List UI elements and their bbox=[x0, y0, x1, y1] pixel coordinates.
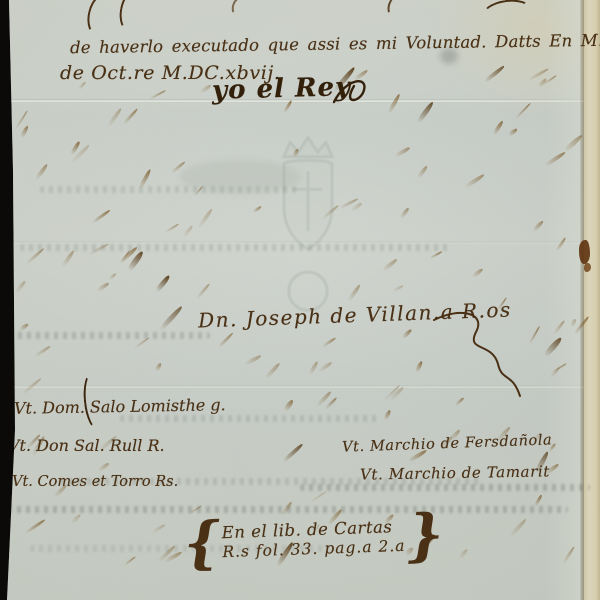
ink-bleed-stroke bbox=[429, 251, 442, 259]
ink-bleed-stroke bbox=[317, 361, 333, 372]
ink-bleed-stroke bbox=[244, 354, 262, 365]
bleedthrough-text-row bbox=[8, 506, 568, 513]
ink-bleed-stroke bbox=[106, 108, 123, 128]
watermark-seal-icon bbox=[248, 135, 368, 325]
ink-bleed-stroke bbox=[158, 305, 184, 331]
ink-bleed-stroke bbox=[322, 337, 337, 348]
cropped-stroke-fragment bbox=[229, 0, 253, 20]
ink-bleed-stroke bbox=[19, 125, 29, 138]
council-signature-left: Vt. Comes et Torro Rs. bbox=[12, 474, 178, 490]
archival-note: { En el lib. de Cartas R.s fol. 33. pag.… bbox=[181, 509, 446, 569]
ink-bleed-stroke bbox=[392, 285, 404, 293]
ink-bleed-stroke bbox=[120, 250, 130, 263]
ink-bleed-stroke bbox=[165, 223, 180, 233]
paper: de haverlo executado que assi es mi Volu… bbox=[0, 0, 600, 600]
ink-bleed-stroke bbox=[70, 140, 82, 155]
cropped-stroke-fragment bbox=[117, 0, 148, 34]
ink-bleed-stroke bbox=[86, 243, 109, 256]
bleedthrough-text-row bbox=[120, 415, 380, 422]
ink-bleed-stroke bbox=[508, 518, 528, 538]
ink-bleed-stroke bbox=[533, 494, 543, 507]
ink-bleed-stroke bbox=[163, 551, 183, 564]
ink-bleed-stroke bbox=[508, 128, 519, 137]
ink-bleed-stroke bbox=[34, 346, 52, 359]
ink-bleed-stroke bbox=[402, 328, 413, 338]
ink-bleed-stroke bbox=[25, 247, 45, 264]
ink-bleed-stroke bbox=[122, 107, 139, 125]
ink-bleed-stroke bbox=[194, 186, 205, 198]
ink-bleed-stroke bbox=[216, 332, 233, 348]
bleedthrough-text-row bbox=[0, 332, 210, 339]
ink-bleed-stroke bbox=[18, 323, 29, 332]
council-signature-right: Vt. Marchio de Fersdañola bbox=[342, 432, 553, 455]
ink-bleed-stroke bbox=[154, 275, 171, 293]
ink-bleed-stroke bbox=[416, 165, 429, 179]
ink-bleed-stroke bbox=[137, 168, 152, 189]
council-signature-left: Vt. Don Sal. Rull R. bbox=[8, 436, 165, 455]
ink-bleed-stroke bbox=[398, 207, 410, 220]
ink-bleed-stroke bbox=[70, 144, 91, 164]
ink-bleed-stroke bbox=[528, 325, 541, 345]
ink-bleed-stroke bbox=[195, 283, 210, 300]
ink-bleed-stroke bbox=[34, 163, 49, 180]
ink-bleed-stroke bbox=[14, 109, 29, 130]
ink-bleed-stroke bbox=[531, 219, 544, 232]
ink-bleed-stroke bbox=[123, 556, 136, 566]
ink-bleed-stroke bbox=[181, 225, 193, 238]
ink-bleed-stroke bbox=[383, 385, 401, 402]
ink-bleed-stroke bbox=[283, 399, 295, 412]
ink-bleed-stroke bbox=[282, 443, 304, 463]
council-signature-right: Vt. Marchio de Tamarit bbox=[360, 462, 550, 483]
ink-bleed-stroke bbox=[264, 362, 282, 380]
ink-bleed-stroke bbox=[387, 387, 404, 402]
manuscript-scan: de haverlo executado que assi es mi Volu… bbox=[0, 0, 600, 600]
ink-bleed-stroke bbox=[394, 147, 411, 158]
ink-bleed-stroke bbox=[14, 280, 27, 294]
ink-bleed-stroke bbox=[464, 173, 486, 189]
council-signature-left: Vt. Dom. Salo Lomisthe g. bbox=[14, 395, 226, 418]
ink-bleed-stroke bbox=[61, 250, 76, 268]
ink-bleed-stroke bbox=[309, 491, 327, 504]
ink-bleed-stroke bbox=[91, 209, 111, 224]
ink-bleed-stroke bbox=[154, 362, 163, 372]
ink-bleed-stroke bbox=[108, 273, 117, 281]
ink-bleed-stroke bbox=[199, 84, 212, 94]
ink-bleed-stroke bbox=[491, 120, 503, 135]
ink-bleed-stroke bbox=[21, 378, 42, 396]
ink-bleed-stroke bbox=[170, 161, 186, 174]
vertical-fold-shading bbox=[545, 0, 581, 600]
ink-bleed-stroke bbox=[315, 391, 332, 408]
central-signature-flourish bbox=[430, 306, 530, 401]
ink-bleed-stroke bbox=[387, 94, 402, 115]
page-edge-strip bbox=[584, 0, 600, 600]
archival-brace-left: { bbox=[183, 517, 221, 569]
ink-bleed-stroke bbox=[196, 208, 213, 229]
ink-bleed-stroke bbox=[151, 523, 166, 533]
ink-bleed-stroke bbox=[148, 90, 166, 100]
archival-brace-right: } bbox=[406, 509, 444, 561]
ink-bleed-stroke bbox=[126, 251, 145, 273]
ink-bleed-stroke bbox=[324, 397, 338, 410]
ink-bleed-stroke bbox=[96, 282, 110, 292]
ink-bleed-stroke bbox=[157, 545, 177, 563]
cropped-stroke-fragment bbox=[83, 0, 123, 41]
ink-bleed-stroke bbox=[471, 267, 484, 278]
ink-bleed-stroke bbox=[70, 513, 83, 524]
ink-bleed-stroke bbox=[307, 361, 319, 376]
bleedthrough-text-row bbox=[20, 244, 450, 251]
ink-bleed-stroke bbox=[133, 336, 150, 349]
ink-bleed-stroke bbox=[414, 361, 423, 373]
ink-bleed-stroke bbox=[457, 548, 468, 559]
royal-signature-rubric bbox=[332, 76, 376, 112]
cropped-stroke-fragment bbox=[382, 0, 419, 26]
royal-signature: yo el Rey bbox=[212, 72, 352, 106]
ink-blot bbox=[579, 240, 590, 264]
ink-bleed-stroke bbox=[383, 409, 393, 421]
ink-bleed-stroke bbox=[381, 258, 398, 272]
ink-bleed-stroke bbox=[24, 519, 46, 535]
ink-bleed-stroke bbox=[119, 246, 139, 264]
ink-bleed-stroke bbox=[97, 462, 111, 472]
